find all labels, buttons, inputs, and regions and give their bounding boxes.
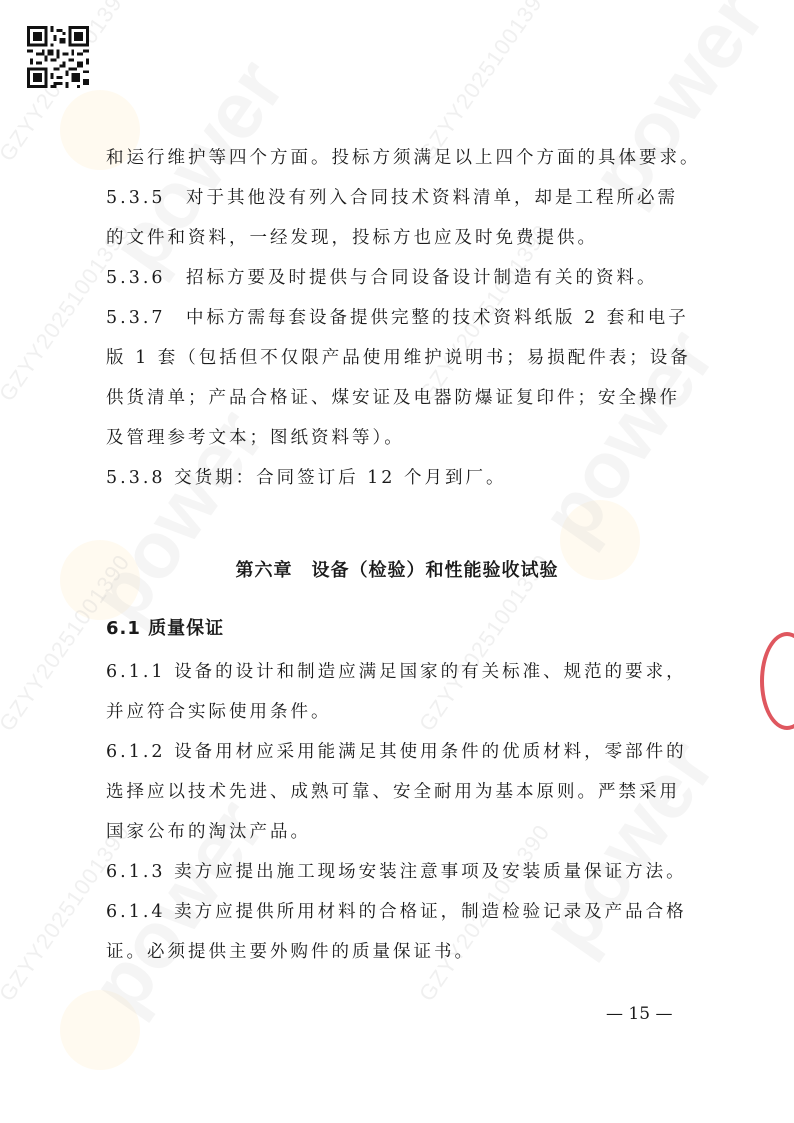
seal-stamp	[760, 632, 794, 730]
paragraph-line: 5.3.8 交货期：合同签订后 12 个月到厂。	[106, 458, 726, 498]
paragraph-line: 6.1.4 卖方应提供所用材料的合格证，制造检验记录及产品合格	[106, 892, 746, 932]
paragraph-line: 和运行维护等四个方面。投标方须满足以上四个方面的具体要求。	[106, 138, 726, 178]
paragraph-line: 版 1 套（包括但不仅限产品使用维护说明书；易损配件表；设备	[106, 338, 726, 378]
paragraph-line: 供货清单；产品合格证、煤安证及电器防爆证复印件；安全操作	[106, 378, 726, 418]
paragraph-line: 及管理参考文本；图纸资料等）。	[106, 418, 726, 458]
body-text-bottom: 6.1.1 设备的设计和制造应满足国家的有关标准、规范的要求， 并应符合实际使用…	[106, 652, 746, 972]
chapter-title: 第六章 设备（检验）和性能验收试验	[0, 556, 794, 582]
qr-code-icon	[27, 26, 89, 88]
page-number: — 15 —	[606, 1004, 672, 1024]
paragraph-line: 证。必须提供主要外购件的质量保证书。	[106, 932, 746, 972]
body-text-top: 和运行维护等四个方面。投标方须满足以上四个方面的具体要求。 5.3.5 对于其他…	[106, 138, 726, 498]
paragraph-line: 6.1.2 设备用材应采用能满足其使用条件的优质材料，零部件的	[106, 732, 746, 772]
paragraph-line: 5.3.5 对于其他没有列入合同技术资料清单，却是工程所必需	[106, 178, 726, 218]
section-title: 6.1 质量保证	[106, 614, 224, 640]
paragraph-line: 6.1.1 设备的设计和制造应满足国家的有关标准、规范的要求，	[106, 652, 746, 692]
paragraph-line: 6.1.3 卖方应提出施工现场安装注意事项及安装质量保证方法。	[106, 852, 746, 892]
watermark-circle	[60, 990, 140, 1070]
paragraph-line: 选择应以技术先进、成熟可靠、安全耐用为基本原则。严禁采用	[106, 772, 746, 812]
paragraph-line: 5.3.6 招标方要及时提供与合同设备设计制造有关的资料。	[106, 258, 726, 298]
paragraph-line: 国家公布的淘汰产品。	[106, 812, 746, 852]
paragraph-line: 5.3.7 中标方需每套设备提供完整的技术资料纸版 2 套和电子	[106, 298, 726, 338]
paragraph-line: 的文件和资料，一经发现，投标方也应及时免费提供。	[106, 218, 726, 258]
paragraph-line: 并应符合实际使用条件。	[106, 692, 746, 732]
